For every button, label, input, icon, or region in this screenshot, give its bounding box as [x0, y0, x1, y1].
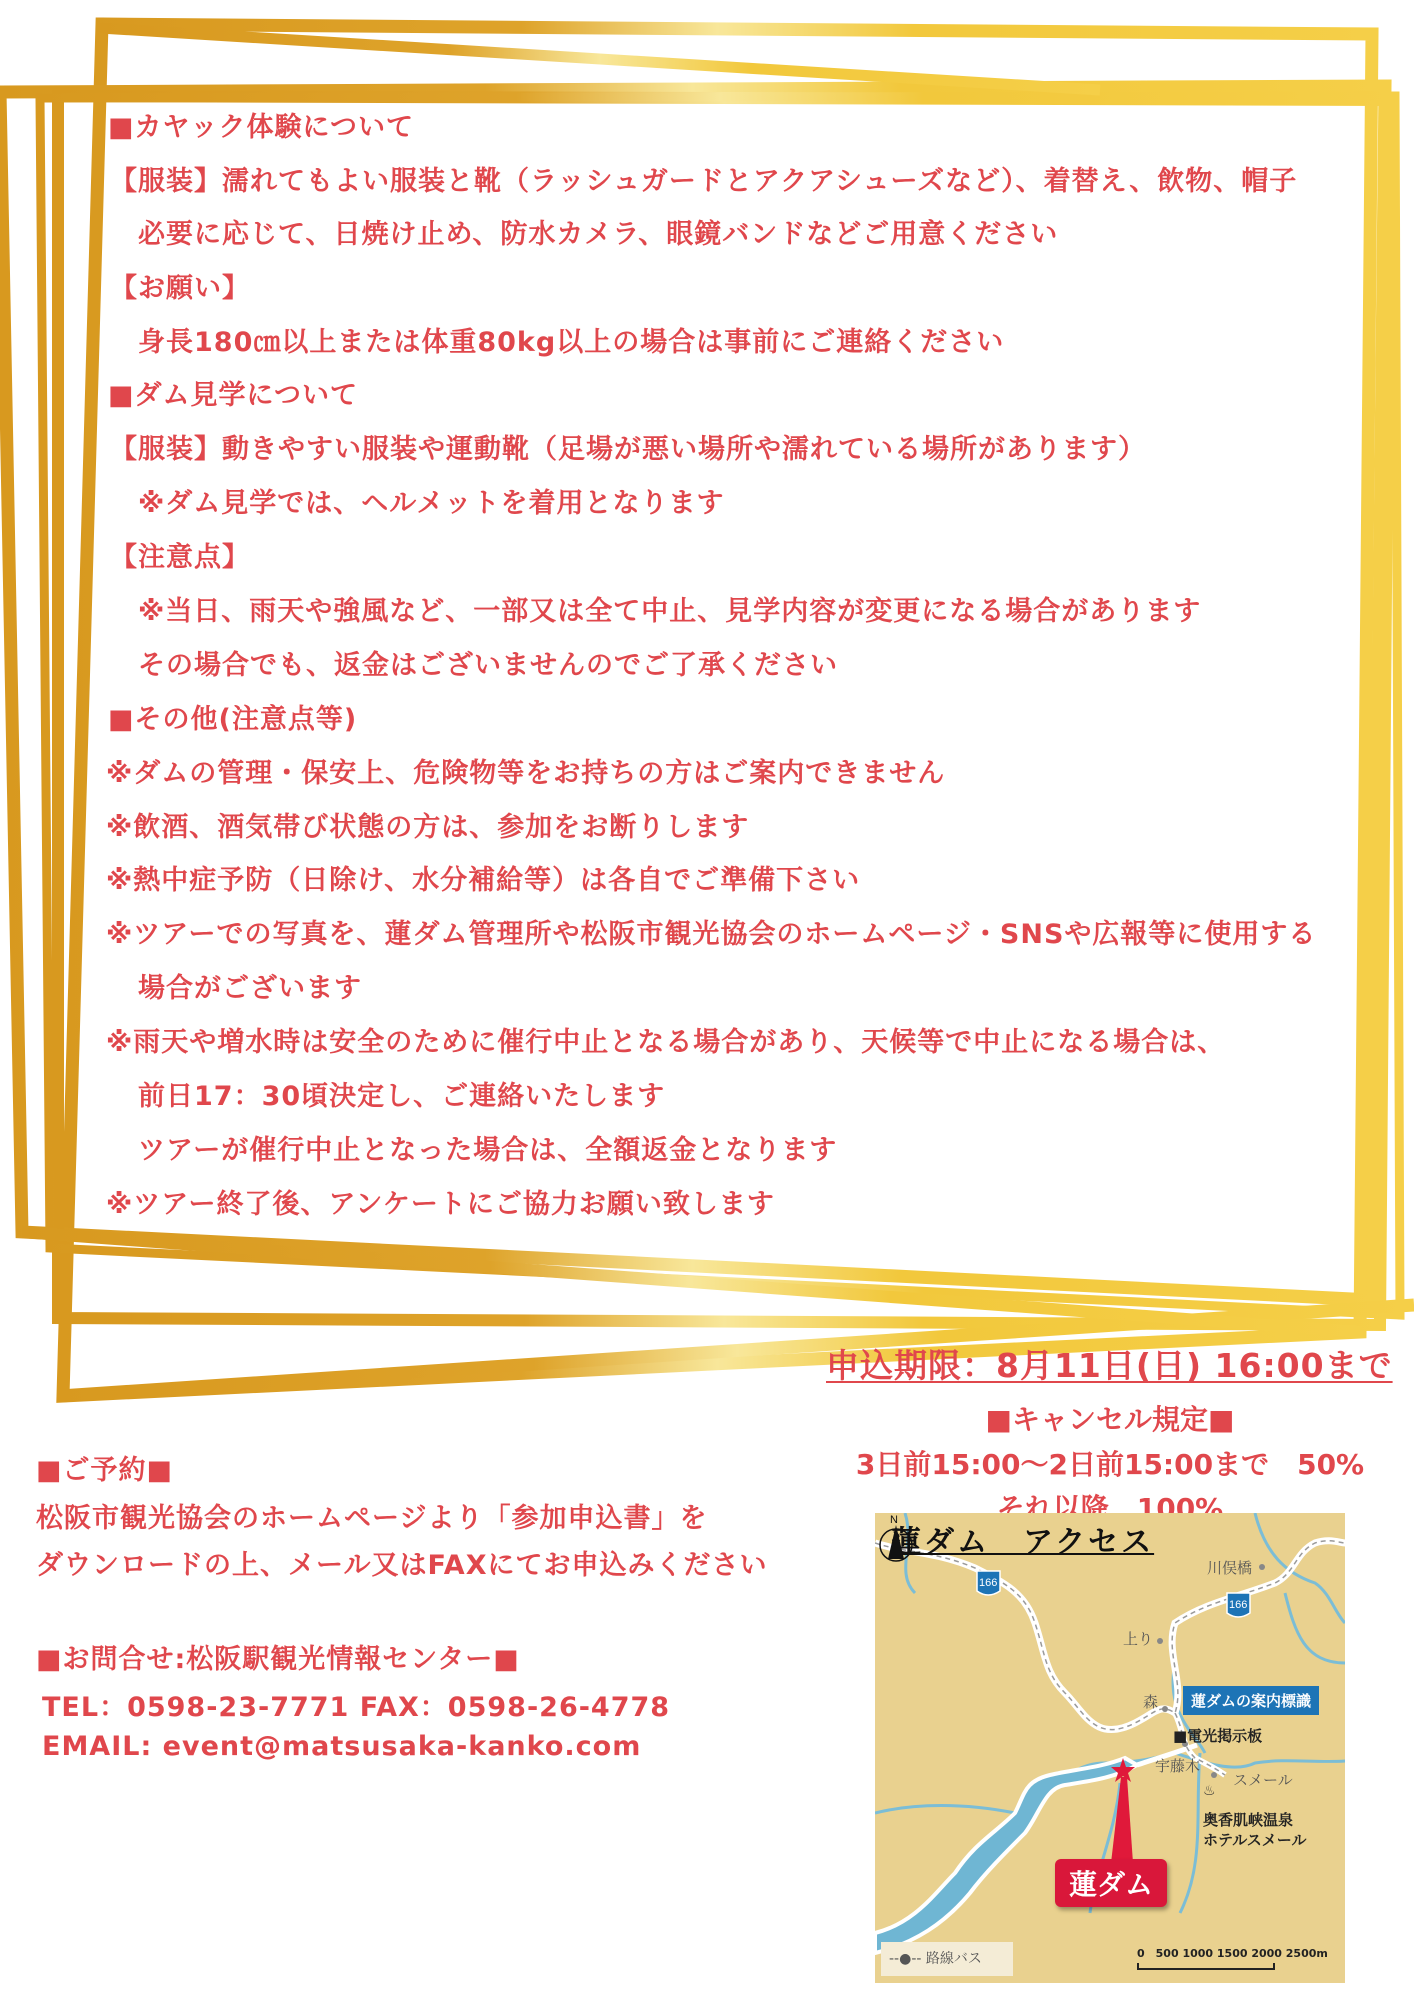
kayak-request-label: 【お願い】: [110, 272, 250, 306]
cancel-policy-heading: ■キャンセル規定■: [850, 1398, 1370, 1438]
other-heading: ■その他(注意点等): [108, 703, 357, 737]
route-166-shield-2: 166: [1229, 1599, 1247, 1611]
dam-tour-caution-label: 【注意点】: [110, 541, 250, 575]
other-note-2: ※飲酒、酒気帯び状態の方は、参加をお断りします: [106, 811, 749, 845]
other-note-1: ※ダムの管理・保安上、危険物等をお持ちの方はご案内できません: [106, 757, 945, 791]
other-note-5-cont-2: ツアーが催行中止となった場合は、全額返金となります: [138, 1134, 837, 1168]
reservation-line-1: 松阪市観光協会のホームページより「参加申込書」を: [36, 1496, 707, 1535]
other-note-6: ※ツアー終了後、アンケートにご協力お願い致します: [106, 1188, 775, 1222]
other-note-3: ※熱中症予防（日除け、水分補給等）は各自でご準備下さい: [106, 864, 860, 898]
kayak-items: 必要に応じて、日焼け止め、防水カメラ、眼鏡バンドなどご用意ください: [138, 218, 1058, 252]
kayak-request: 身長180㎝以上または体重80kg以上の場合は事前にご連絡ください: [138, 326, 1004, 360]
map-label-nobori: 上り: [1123, 1628, 1153, 1649]
contact-email[interactable]: EMAIL: event@matsusaka-kanko.com: [42, 1731, 641, 1762]
map-label-utogi: 宇藤木: [1155, 1755, 1200, 1776]
map-label-onsen-1: 奥香肌峡温泉: [1203, 1809, 1293, 1830]
svg-text:N: N: [890, 1514, 898, 1526]
access-map: 166 166 ♨ 蓮ダム アクセス 川俣橋 上り 森 蓮ダムの案内標識 ■電光…: [875, 1513, 1345, 1983]
reservation-heading: ■ご予約■: [36, 1448, 173, 1487]
contact-heading: ■お問合せ:松阪駅観光情報センター■: [36, 1637, 520, 1676]
other-note-4-cont: 場合がございます: [138, 972, 362, 1006]
cancel-policy-row-1: 3日前15:00～2日前15:00まで 50%: [850, 1443, 1370, 1483]
map-title: 蓮ダム アクセス: [891, 1517, 1154, 1561]
onsen-icon: ♨: [1203, 1783, 1216, 1799]
dam-tour-clothing: 【服装】動きやすい服装や運動靴（足場が悪い場所や濡れている場所があります）: [110, 433, 1146, 467]
map-label-kawamata: 川俣橋: [1207, 1557, 1252, 1578]
other-note-5-cont-1: 前日17：30頃決定し、ご連絡いたします: [138, 1080, 665, 1114]
route-166-shield-1: 166: [979, 1577, 997, 1589]
map-label-onsen-2: ホテルスメール: [1203, 1829, 1307, 1850]
map-label-dam-sign: 蓮ダムの案内標識: [1183, 1686, 1319, 1715]
north-arrow-icon: N: [875, 1513, 917, 1563]
map-legend-bus-route: --●-- 路線バス: [881, 1942, 1013, 1976]
dam-label-tag: 蓮ダム: [1055, 1859, 1167, 1907]
map-scale-bar: [1137, 1963, 1275, 1970]
contact-tel-fax: TEL：0598-23-7771 FAX：0598-26-4778: [42, 1685, 670, 1724]
dam-tour-caution-1: ※当日、雨天や強風など、一部又は全て中止、見学内容が変更になる場合があります: [138, 595, 1201, 629]
map-drawing: 166 166 ♨: [875, 1513, 1345, 1983]
kayak-heading: ■カヤック体験について: [108, 111, 414, 145]
other-note-4: ※ツアーでの写真を、蓮ダム管理所や松阪市観光協会のホームページ・SNSや広報等に…: [106, 918, 1316, 952]
map-label-sumeru: スメール: [1233, 1769, 1293, 1790]
map-scale-label: 0 500 1000 1500 2000 2500m: [1137, 1945, 1328, 1961]
dam-tour-helmet: ※ダム見学では、ヘルメットを着用となります: [138, 487, 724, 521]
map-label-board: ■電光掲示板: [1173, 1725, 1262, 1746]
dam-tour-caution-2: その場合でも、返金はございませんのでご了承ください: [138, 649, 838, 683]
application-deadline: 申込期限：8月11日(日) 16:00まで: [826, 1340, 1393, 1387]
map-label-mori: 森: [1143, 1691, 1158, 1712]
kayak-clothing: 【服装】濡れてもよい服装と靴（ラッシュガードとアクアシューズなど）、着替え、飲物…: [110, 165, 1297, 199]
reservation-line-2: ダウンロードの上、メール又はFAXにてお申込みください: [36, 1543, 768, 1582]
other-note-5: ※雨天や増水時は安全のために催行中止となる場合があり、天候等で中止になる場合は、: [106, 1026, 1225, 1060]
dam-tour-heading: ■ダム見学について: [108, 379, 358, 413]
